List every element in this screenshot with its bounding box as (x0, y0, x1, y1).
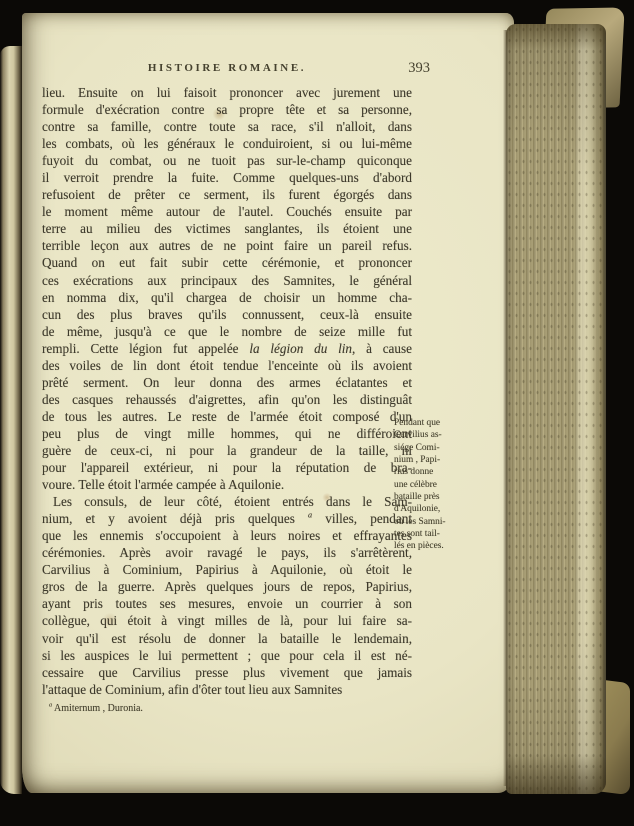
text-line: pour l'appareil extérieur, ni pour la ré… (42, 459, 412, 476)
running-title: HISTOIRE ROMAINE. (42, 62, 412, 74)
text-line: de même, jusqu'à ce que le nombre de sei… (42, 323, 412, 340)
text-line: voir qu'il est résolu de donner la batai… (42, 630, 412, 647)
text-line: Quand on eut fait subir cette cérémonie,… (42, 254, 412, 271)
text-line: terre au milieu des victimes sanglantes,… (42, 220, 412, 237)
fore-edge-page-stack (506, 24, 606, 794)
margin-note-line: où les Samni- (394, 516, 462, 528)
text-line: des casques rehaussés d'aigrettes, afin … (42, 391, 412, 408)
margin-note-line: d'Aquilonie, (394, 503, 462, 515)
text-line: si les auspices le lui permettent ; que … (42, 647, 412, 664)
text-line: cessaire que Carvilius presse plus vivem… (42, 664, 412, 681)
margin-note-line: bataille près (394, 491, 462, 503)
text-line: les combats, où les généraux le conduiro… (42, 135, 412, 152)
scanned-book: HISTOIRE ROMAINE. 393 lieu. Ensuite on l… (0, 0, 634, 826)
paragraph: lieu. Ensuite on lui faisoit prononcer a… (42, 84, 412, 493)
text-line: collègue, qui étoit à vingt milles de là… (42, 612, 412, 629)
text-line: nium, et y avoient déjà pris quelques a … (42, 510, 412, 527)
margin-note-line: lés en pièces. (394, 540, 462, 552)
text-line: l'attaque de Cominium, afin d'ôter tout … (42, 681, 412, 698)
margin-note-line: rius donne (394, 466, 462, 478)
margin-note-line: siége Comi- (394, 442, 462, 454)
text-line: ayant pris toutes ses mesures, envoie un… (42, 595, 412, 612)
fore-edge-bottom-shade (506, 754, 606, 794)
text-line: voure. Telle étoit l'armée campée à Aqui… (42, 476, 412, 493)
text-line: formule d'exécration contre sa propre tê… (42, 101, 412, 118)
margin-note-line: Carvilius as- (394, 429, 462, 441)
fore-edge-speckle (506, 24, 606, 794)
text-line: cérémonies. Après avoir ravagé le pays, … (42, 544, 412, 561)
fore-edge-top-shade (506, 24, 606, 50)
margin-note-line: une célèbre (394, 479, 462, 491)
paragraph: Les consuls, de leur côté, étoient entré… (42, 493, 412, 698)
text-line: des voiles de lin dont étoit tendue l'en… (42, 357, 412, 374)
previous-page-edge (0, 46, 22, 794)
text-line: refusoient de prêter ce serment, ils fur… (42, 186, 412, 203)
page-header: HISTOIRE ROMAINE. 393 (42, 62, 412, 82)
text-line: ces exécrations aux principaux des Samni… (42, 272, 412, 289)
text-line: peu plus de vingt mille hommes, qui ne d… (42, 425, 412, 442)
text-line: lieu. Ensuite on lui faisoit prononcer a… (42, 84, 412, 101)
margin-note-line: Pendant que (394, 417, 462, 429)
body-text: lieu. Ensuite on lui faisoit prononcer a… (42, 84, 412, 698)
text-line: le moment même autour de l'autel. Couché… (42, 203, 412, 220)
text-line: il verroit prendre la fuite. Comme quelq… (42, 169, 412, 186)
text-line: rempli. Cette légion fut appelée la légi… (42, 340, 412, 357)
text-line: gros de la guerre. Après quelques jours … (42, 578, 412, 595)
footnote: a Amiternum , Duronia. (49, 703, 143, 714)
text-line: Les consuls, de leur côté, étoient entré… (42, 493, 412, 510)
text-line: terrible leçon aux autres de ne point fa… (42, 237, 412, 254)
page-number: 393 (408, 60, 430, 77)
text-line: contre sa famille, contre toute sa race,… (42, 118, 412, 135)
text-line: prêté serment. On leur donna des armes é… (42, 374, 412, 391)
text-line: guère de ceux-ci, ni pour la grandeur de… (42, 442, 412, 459)
margin-note-line: nium , Papi- (394, 454, 462, 466)
text-line: fuyoit du combat, ou ne tuoit pas sur-le… (42, 152, 412, 169)
text-line: en nomma dix, qu'il chargea de choisir u… (42, 289, 412, 306)
text-line: Carvilius à Cominium, Papirius à Aquilon… (42, 561, 412, 578)
margin-note-line: tes sont tail- (394, 528, 462, 540)
margin-note: Pendant queCarvilius as-siége Comi-nium … (394, 417, 462, 553)
book-page: HISTOIRE ROMAINE. 393 lieu. Ensuite on l… (22, 13, 514, 793)
text-line: que les ennemis s'occupoient à leurs noi… (42, 527, 412, 544)
text-line: cun des plus braves qu'ils connussent, c… (42, 306, 412, 323)
text-line: de tous les autres. Le reste de l'armée … (42, 408, 412, 425)
